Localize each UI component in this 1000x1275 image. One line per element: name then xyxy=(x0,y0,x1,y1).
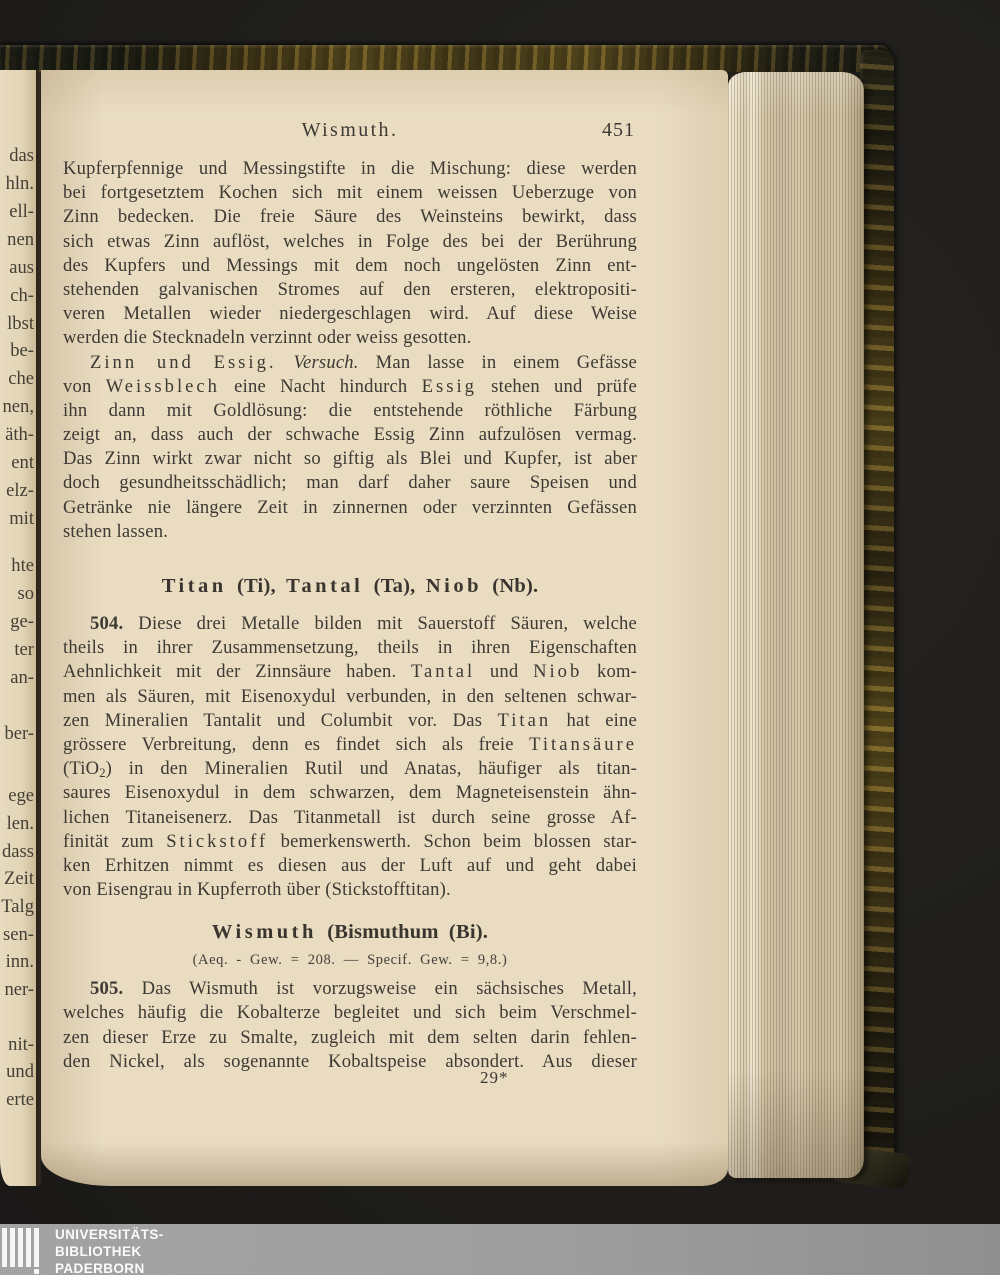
text-line: zeigt an, dass auch der schwache Essig Z… xyxy=(63,423,637,447)
text-line: stehen lassen. xyxy=(63,520,637,544)
facing-page-fragment: elz- xyxy=(6,479,34,503)
facing-page-fragment: sen- xyxy=(3,923,34,947)
heading-titan: Titan (Ti), Tantal (Ta), Niob (Nb). xyxy=(63,571,637,601)
facing-page-fragment: nit- xyxy=(8,1033,34,1057)
facing-page-fragment: an- xyxy=(10,666,34,690)
facing-page-fragment: ge- xyxy=(10,610,34,634)
text-line: von Eisengrau in Kupferroth über (Sticks… xyxy=(63,878,637,902)
text-line: 505. Das Wismuth ist vorzugsweise ein sä… xyxy=(63,977,637,1001)
text-line: zen dieser Erze zu Smalte, zugleich mit … xyxy=(63,1026,637,1050)
facing-page-fragment: lbst xyxy=(7,312,34,336)
page-header: Wismuth. 451 xyxy=(63,116,637,144)
running-title: Wismuth. xyxy=(63,116,637,144)
facing-page-fragment: mit xyxy=(9,507,34,531)
text-line: (TiO2) in den Mineralien Rutil und Anata… xyxy=(63,757,637,781)
text-line: sich etwas Zinn auflöst, welches in Folg… xyxy=(63,230,637,254)
para-zinn-essig: Zinn und Essig. Versuch. Man lasse in ei… xyxy=(63,351,637,545)
text-line: bei fortgesetztem Kochen sich mit einem … xyxy=(63,181,637,205)
facing-page-fragment: ent xyxy=(11,451,34,475)
logo-line: UNIVERSITÄTS- xyxy=(55,1227,164,1244)
text-line: Zinn und Essig. Versuch. Man lasse in ei… xyxy=(63,351,637,375)
text-block: Wismuth. 451 Kupferpfennige und Messings… xyxy=(63,116,637,1088)
facing-page-fragment: hte xyxy=(11,554,34,578)
para-504: 504. Diese drei Metalle bilden mit Sauer… xyxy=(63,612,637,902)
facing-page-fragment: ch- xyxy=(10,284,34,308)
facing-page-fragment: das xyxy=(9,144,34,168)
facing-page-fragment: nen, xyxy=(3,395,35,419)
text-line: Aehnlichkeit mit der Zinnsäure haben. Ta… xyxy=(63,660,637,684)
facing-page-fragment: ber- xyxy=(4,722,34,746)
facing-page-fragment: ner- xyxy=(4,978,34,1002)
text-line: grössere Verbreitung, denn es findet sic… xyxy=(63,733,637,757)
facing-page-fragment: dass xyxy=(2,840,34,864)
facing-page-fragment: nen xyxy=(7,228,34,252)
text-line: Das Zinn wirkt zwar nicht so giftig als … xyxy=(63,447,637,471)
text-line: saures Eisenoxydul in dem schwarzen, dem… xyxy=(63,781,637,805)
page-number: 451 xyxy=(602,116,635,144)
text-line: doch gesundheitsschädlich; man darf dahe… xyxy=(63,471,637,495)
heading-wismuth: Wismuth (Bismuthum (Bi). xyxy=(63,917,637,947)
book-fore-edge-pages xyxy=(728,72,864,1178)
facing-page-fragment: ege xyxy=(8,784,34,808)
facing-page-fragment: erte xyxy=(6,1088,34,1112)
text-line: lichen Titaneisenerz. Das Titanmetall is… xyxy=(63,806,637,830)
text-line: welches häufig die Kobalterze begleitet … xyxy=(63,1001,637,1025)
text-line: Zinn bedecken. Die freie Säure des Weins… xyxy=(63,205,637,229)
book-cover-top-edge xyxy=(0,45,890,72)
library-logo-text: UNIVERSITÄTS- BIBLIOTHEK PADERBORN xyxy=(55,1227,164,1275)
facing-page-fragment: und xyxy=(6,1060,34,1084)
para-505: 505. Das Wismuth ist vorzugsweise ein sä… xyxy=(63,977,637,1074)
facing-page-fragment: so xyxy=(17,582,34,606)
text-line: finität zum Stickstoff bemerkenswerth. S… xyxy=(63,830,637,854)
facing-page-sliver: dashln.ell-nenausch-lbstbe-chenen,äth-en… xyxy=(0,70,36,1186)
facing-page-fragment: Talg xyxy=(1,895,34,919)
book-page: Wismuth. 451 Kupferpfennige und Messings… xyxy=(41,70,728,1186)
text-line: men als Säuren, mit Eisenoxydul verbunde… xyxy=(63,685,637,709)
facing-page-fragment: Zeit xyxy=(4,867,34,891)
facing-page-fragment: ter xyxy=(14,638,34,662)
text-line: theils in ihrer Zusammensetzung, theils … xyxy=(63,636,637,660)
text-line: von Weissblech eine Nacht hindurch Essig… xyxy=(63,375,637,399)
text-line: ken Erhitzen nimmt es diesen aus der Luf… xyxy=(63,854,637,878)
library-logo-icon xyxy=(2,1228,48,1274)
book-photo-scene: dashln.ell-nenausch-lbstbe-chenen,äth-en… xyxy=(0,0,1000,1275)
logo-line: BIBLIOTHEK xyxy=(55,1244,164,1261)
book-cover-right-edge xyxy=(860,50,894,1178)
text-line: werden die Stecknadeln verzinnt oder wei… xyxy=(63,326,637,350)
text-line: 504. Diese drei Metalle bilden mit Sauer… xyxy=(63,612,637,636)
signature-mark: 29* xyxy=(63,1068,637,1088)
text-line: Getränke nie längere Zeit in zinnernen o… xyxy=(63,496,637,520)
facing-page-fragment: che xyxy=(8,367,34,391)
facing-page-fragment: ell- xyxy=(9,200,34,224)
text-line: stehenden galvanischen Stromes auf den e… xyxy=(63,278,637,302)
facing-page-fragment: hln. xyxy=(6,172,34,196)
para-stecknadeln: Kupferpfennige und Messingstifte in die … xyxy=(63,157,637,351)
facing-page-fragment: be- xyxy=(10,339,34,363)
logo-line: PADERBORN xyxy=(55,1261,164,1275)
facing-page-fragment: aus xyxy=(9,256,34,280)
library-footer-bar: UNIVERSITÄTS- BIBLIOTHEK PADERBORN xyxy=(0,1224,1000,1275)
text-line: des Kupfers und Messings mit dem noch un… xyxy=(63,254,637,278)
text-line: zen Mineralien Tantalit und Columbit vor… xyxy=(63,709,637,733)
facing-page-fragment: äth- xyxy=(5,423,34,447)
subheading-wismuth: (Aeq. - Gew. = 208. — Specif. Gew. = 9,8… xyxy=(63,950,637,970)
facing-page-fragment: inn. xyxy=(6,950,34,974)
text-line: Kupferpfennige und Messingstifte in die … xyxy=(63,157,637,181)
facing-page-fragment: len. xyxy=(7,812,34,836)
text-line: ihn dann mit Goldlösung: die entstehende… xyxy=(63,399,637,423)
text-line: veren Metallen wieder niedergeschlagen w… xyxy=(63,302,637,326)
